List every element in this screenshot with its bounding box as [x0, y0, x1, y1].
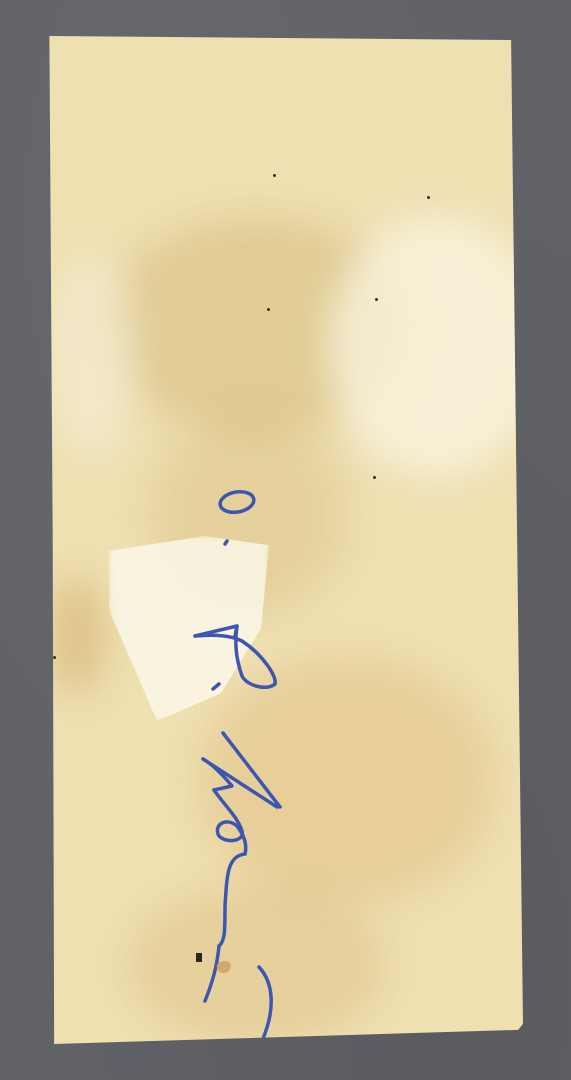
stain-mark: [217, 961, 231, 973]
aged-paper-card: [47, 36, 523, 1044]
ink-blot: [196, 953, 202, 962]
blue-ink-signature: [47, 36, 523, 1044]
